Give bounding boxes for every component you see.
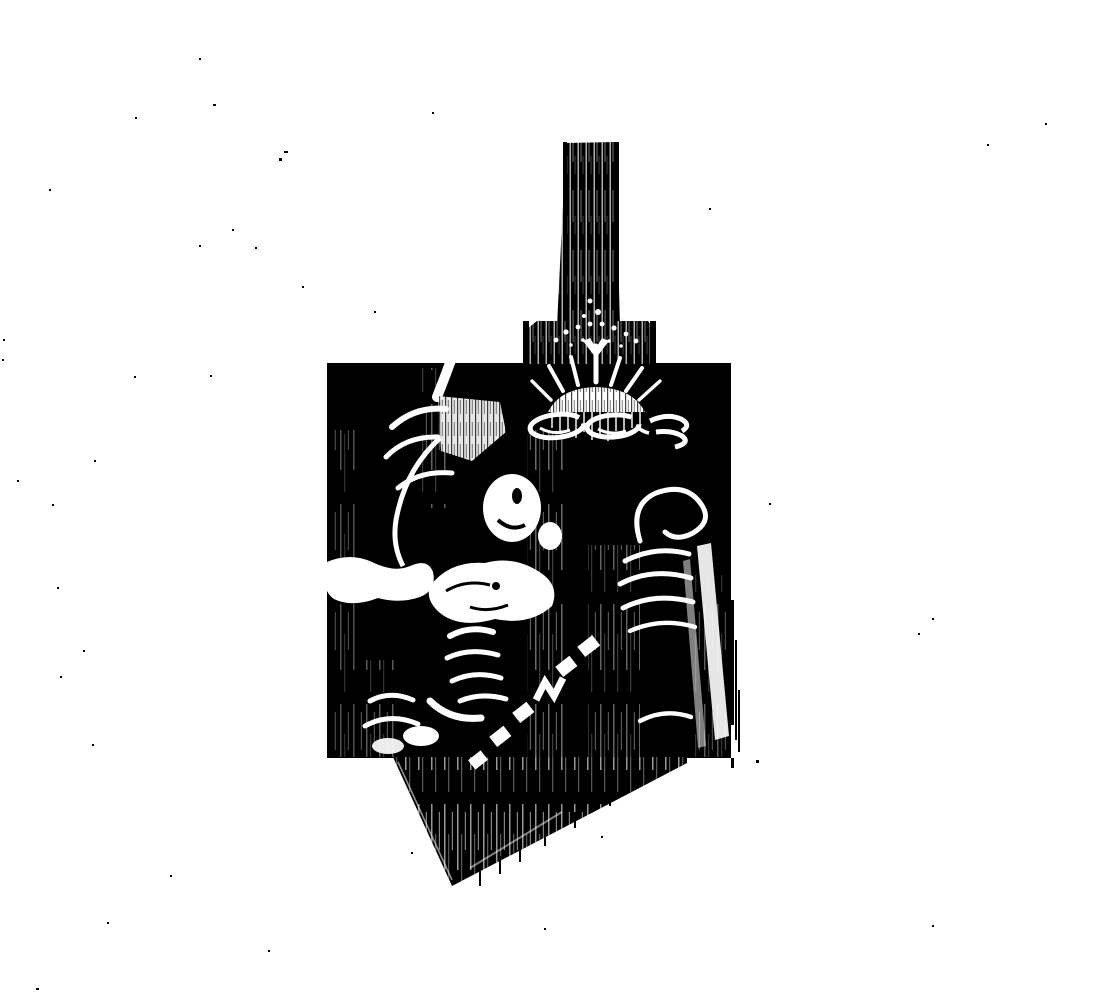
- capital-flange: [523, 321, 656, 365]
- halftone-illustration: [0, 0, 1104, 992]
- head-blob: [483, 474, 541, 542]
- illustration-canvas: [0, 0, 1104, 992]
- plunger-column: [557, 142, 620, 327]
